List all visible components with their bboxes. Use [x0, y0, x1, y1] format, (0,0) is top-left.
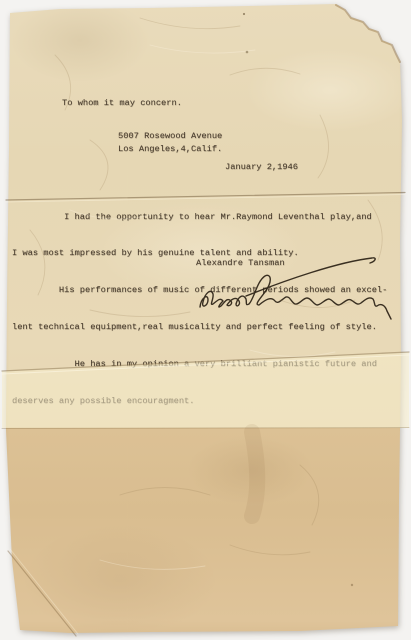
body-line: deserves any possible encouragment.: [12, 395, 387, 407]
signature-strokes: [200, 258, 391, 319]
body-line: He has in my opinion a very brilliant pi…: [12, 358, 387, 370]
signature-autograph: [188, 250, 398, 330]
address-line-2: Los Angeles,4,Calif.: [118, 143, 222, 155]
address-line-1: 5007 Rosewood Avenue: [118, 130, 222, 142]
salutation-line: To whom it may concern.: [62, 97, 182, 109]
signature-scrawl-stroke: [200, 275, 391, 319]
scan-background: To whom it may concern. 5007 Rosewood Av…: [0, 0, 411, 640]
date-line: January 2,1946: [225, 161, 298, 173]
body-line: I had the opportunity to hear Mr.Raymond…: [12, 211, 387, 223]
